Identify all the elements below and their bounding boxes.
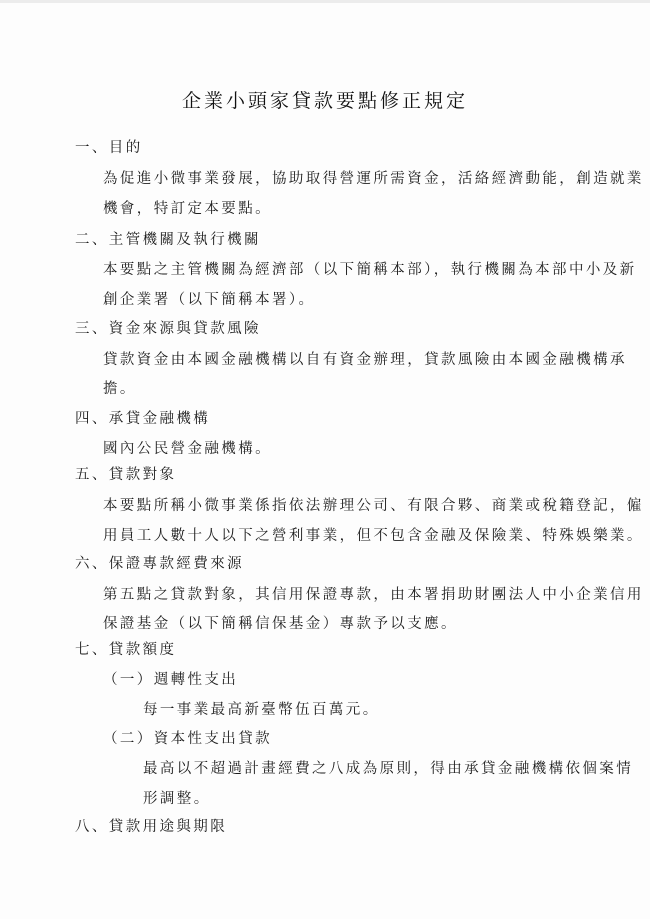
section-3-line-2: 擔。 (103, 377, 137, 398)
section-4-line-1: 國內公民營金融機構。 (103, 437, 272, 458)
section-heading-2: 二、主管機關及執行機關 (75, 228, 261, 249)
subsection-heading-7-1: （一）週轉性支出 (103, 668, 238, 689)
section-2-line-2: 創企業署（以下簡稱本署）。 (103, 288, 315, 309)
section-3-line-1: 貸款資金由本國金融機構以自有資金辦理，貸款風險由本國金融機構承 (103, 348, 627, 369)
subsection-7-2-line-1: 最高以不超過計畫經費之八成為原則，得由承貸金融機構依個案情 (143, 757, 633, 778)
section-5-line-1: 本要點所稱小微事業係指依法辦理公司、有限合夥、商業或稅籍登記，僱 (103, 494, 644, 515)
document-page: 企業小頭家貸款要點修正規定 一、目的 為促進小微事業發展，協助取得營運所需資金，… (0, 0, 650, 919)
section-1-line-1: 為促進小微事業發展，協助取得營運所需資金，活絡經濟動能，創造就業 (103, 167, 644, 188)
section-2-line-1: 本要點之主管機關為經濟部（以下簡稱本部），執行機關為本部中小及新 (103, 258, 637, 279)
section-heading-4: 四、承貸金融機構 (75, 407, 210, 428)
scan-edge (0, 0, 650, 3)
section-heading-1: 一、目的 (75, 136, 143, 157)
section-heading-7: 七、貸款額度 (75, 638, 176, 659)
section-heading-3: 三、資金來源與貸款風險 (75, 317, 261, 338)
section-6-line-2: 保證基金（以下簡稱信保基金）專款予以支應。 (103, 612, 458, 633)
section-heading-8: 八、貸款用途與期限 (75, 815, 227, 836)
section-6-line-1: 第五點之貸款對象，其信用保證專款，由本署捐助財團法人中小企業信用 (103, 583, 644, 604)
section-heading-5: 五、貸款對象 (75, 463, 176, 484)
subsection-7-2-line-2: 形調整。 (143, 787, 211, 808)
section-1-line-2: 機會，特訂定本要點。 (103, 197, 272, 218)
document-title: 企業小頭家貸款要點修正規定 (0, 86, 650, 113)
subsection-heading-7-2: （二）資本性支出貸款 (103, 727, 272, 748)
subsection-7-1-line-1: 每一事業最高新臺幣伍百萬元。 (143, 698, 380, 719)
section-heading-6: 六、保證專款經費來源 (75, 552, 244, 573)
section-5-line-2: 用員工人數十人以下之營利事業，但不包含金融及保險業、特殊娛樂業。 (103, 524, 644, 545)
